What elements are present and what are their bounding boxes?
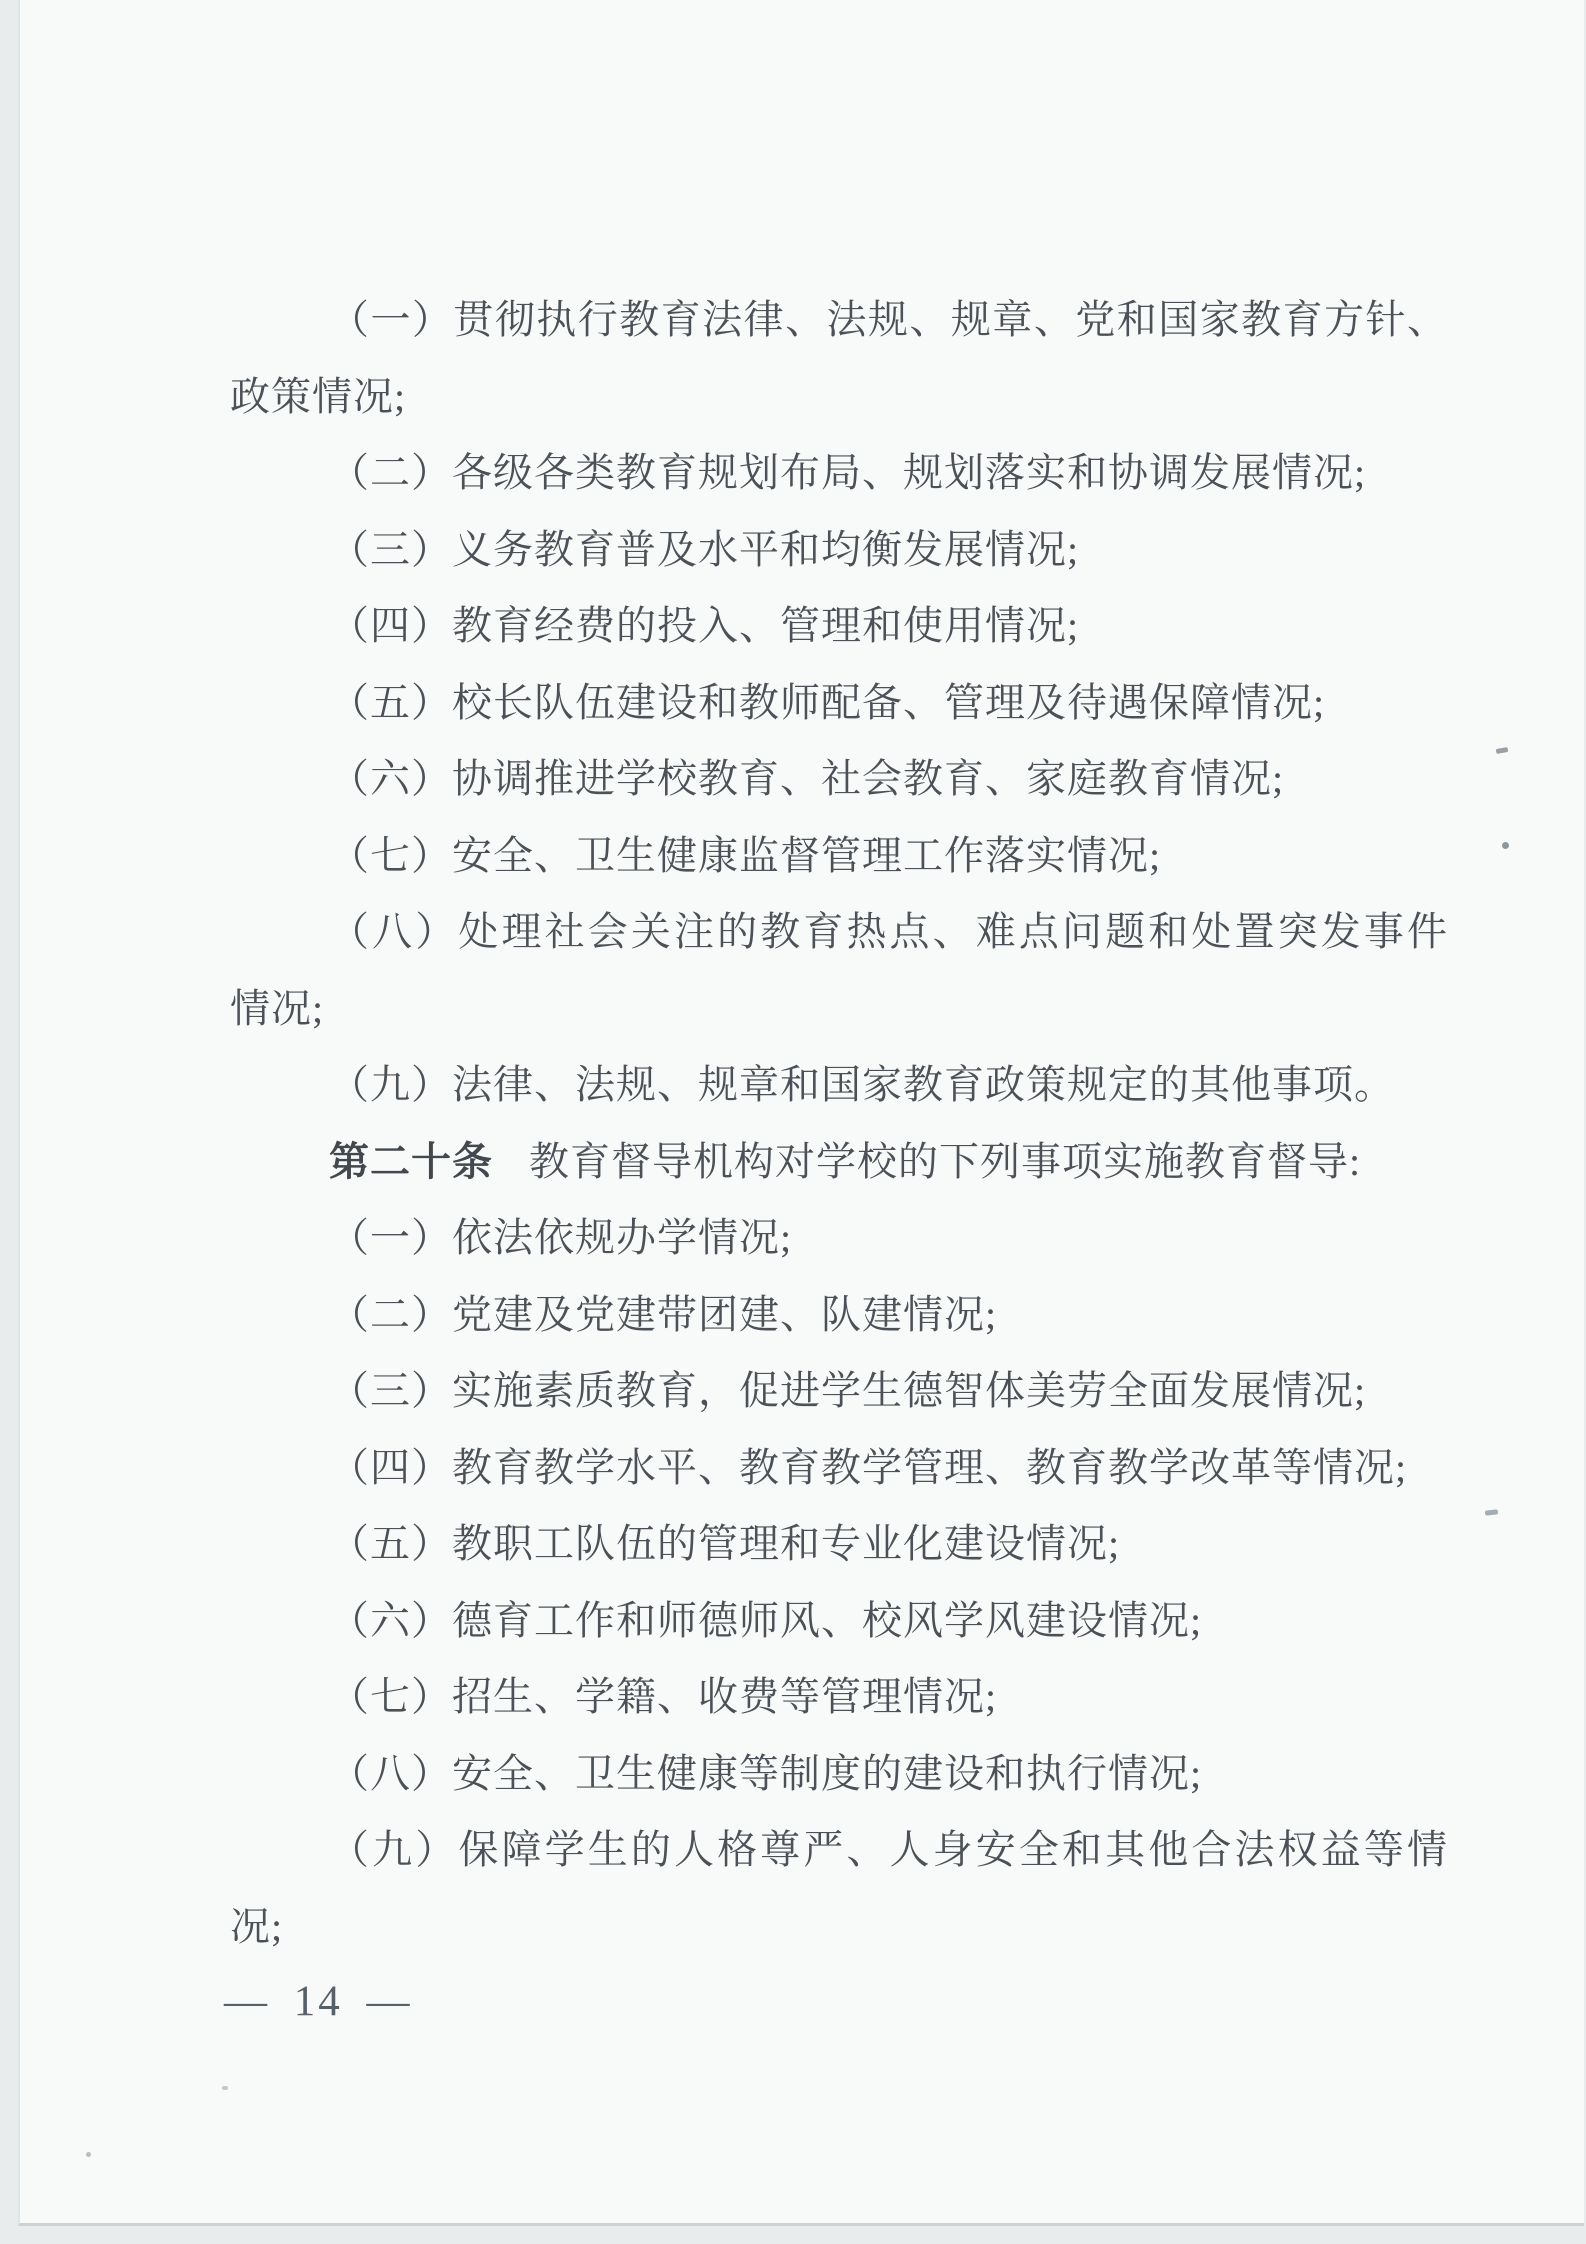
text-line: （七）招生、学籍、收费等管理情况; <box>230 1659 1448 1736</box>
text-line: （八）安全、卫生健康等制度的建设和执行情况; <box>230 1736 1448 1813</box>
text-line: （五）校长队伍建设和教师配备、管理及待遇保障情况; <box>230 665 1448 742</box>
text-line: （九）保障学生的人格尊严、人身安全和其他合法权益等情 <box>230 1812 1448 1889</box>
text-line: 政策情况; <box>230 359 1448 436</box>
scan-speck <box>1485 1509 1498 1515</box>
text-line: （五）教职工队伍的管理和专业化建设情况; <box>230 1506 1448 1583</box>
text-line: （四）教育经费的投入、管理和使用情况; <box>230 588 1448 665</box>
text-line: 第二十条教育督导机构对学校的下列事项实施教育督导: <box>230 1124 1448 1201</box>
document-page: （一）贯彻执行教育法律、法规、规章、党和国家教育方针、政策情况;（二）各级各类教… <box>18 0 1584 2226</box>
text-line: （六）协调推进学校教育、社会教育、家庭教育情况; <box>230 741 1448 818</box>
scan-speck <box>86 2152 91 2157</box>
text-line: （二）各级各类教育规划布局、规划落实和协调发展情况; <box>230 435 1448 512</box>
text-line: （九）法律、法规、规章和国家教育政策规定的其他事项。 <box>230 1047 1448 1124</box>
text-line: （六）德育工作和师德师风、校风学风建设情况; <box>230 1583 1448 1660</box>
text-line: （三）义务教育普及水平和均衡发展情况; <box>230 512 1448 589</box>
article-number: 第二十条 <box>329 1140 493 1184</box>
text-line: （八）处理社会关注的教育热点、难点问题和处置突发事件 <box>230 894 1448 971</box>
article-text: 教育督导机构对学校的下列事项实施教育督导: <box>529 1139 1361 1184</box>
text-line: （一）依法依规办学情况; <box>230 1200 1448 1277</box>
scan-speck <box>1502 842 1509 849</box>
text-line: （三）实施素质教育，促进学生德智体美劳全面发展情况; <box>230 1353 1448 1430</box>
scan-speck <box>222 2086 228 2090</box>
text-line: （二）党建及党建带团建、队建情况; <box>230 1277 1448 1354</box>
document-body: （一）贯彻执行教育法律、法规、规章、党和国家教育方针、政策情况;（二）各级各类教… <box>230 282 1448 1965</box>
text-line: （四）教育教学水平、教育教学管理、教育教学改革等情况; <box>230 1430 1448 1507</box>
text-line: 况; <box>230 1889 1448 1966</box>
text-line: （七）安全、卫生健康监督管理工作落实情况; <box>230 818 1448 895</box>
page-number: — 14 — <box>224 1972 413 2032</box>
scan-speck <box>1496 747 1509 754</box>
text-line: 情况; <box>230 971 1448 1048</box>
text-line: （一）贯彻执行教育法律、法规、规章、党和国家教育方针、 <box>230 282 1448 359</box>
